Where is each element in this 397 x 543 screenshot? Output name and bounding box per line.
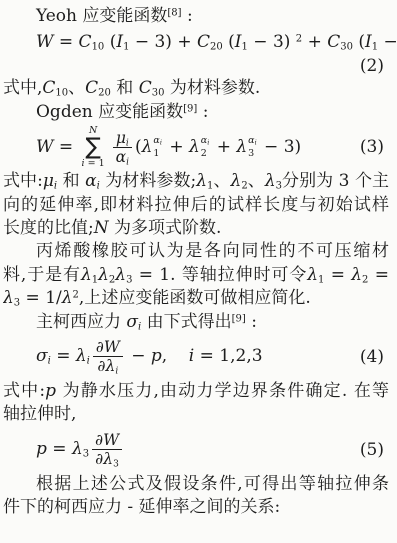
equation-number: (5)	[360, 440, 389, 460]
stacked-subscript: 1	[153, 149, 159, 158]
superscript: 2	[296, 34, 302, 45]
subscript: i	[207, 139, 209, 147]
sigma-icon: ∑	[85, 136, 101, 159]
equation-number: (2)	[360, 56, 389, 77]
math-variable: λ	[307, 265, 318, 285]
superscript: [8]	[167, 8, 181, 19]
subscript: i	[126, 157, 129, 167]
equation-formula: W = N∑i = 1μiαi(λαi1 + λαi2 + λαi3 − 3)	[36, 126, 301, 169]
math-variable: W	[36, 137, 53, 157]
math-variable: λ	[351, 265, 362, 285]
fraction-denominator: αi	[113, 148, 132, 165]
subscript: 30	[340, 42, 353, 53]
text-line: Ogden 应变能函数[9] :	[3, 101, 389, 124]
fraction: ∂W∂λ3	[92, 432, 122, 467]
subscript: i	[54, 181, 57, 192]
math-variable: I	[365, 32, 372, 52]
math-variable: λ	[98, 265, 109, 285]
equation-formula: σi = λi∂W∂λi − p, i = 1,2,3	[36, 339, 263, 374]
math-variable: σ	[36, 346, 48, 366]
math-variable: C	[79, 32, 92, 52]
text-line: 主柯西应力 σi 由下式得出[9] :	[3, 311, 389, 334]
math-variable: λ	[115, 265, 126, 285]
math-variable: σ	[126, 312, 138, 332]
text-line: 式中,C10、C20 和 C30 为材料参数.	[3, 77, 389, 100]
text-line: 式中:p 为静水压力,由动力学边界条件确定. 在等	[3, 380, 389, 403]
math-variable: i	[126, 157, 129, 167]
math-variable: i	[189, 346, 194, 366]
fraction-numerator: ∂W	[92, 432, 122, 450]
subscript: i	[138, 321, 141, 332]
subscript: 1	[123, 42, 129, 53]
math-variable: ∂W	[95, 431, 119, 449]
text-line: 料,于是有λ1λ2λ3 = 1. 等轴拉伸时可令λ1 = λ2 = λ,则	[3, 264, 389, 287]
math-variable: i	[115, 367, 118, 377]
subscript: 10	[55, 88, 68, 99]
text-line: 丙烯酸橡胶可认为是各向同性的不可压缩材	[3, 240, 389, 263]
stacked-scripts: αi1	[153, 136, 162, 158]
subscript: 2	[362, 274, 368, 285]
subscript: 30	[152, 88, 165, 99]
math-variable: p	[151, 346, 162, 366]
subscript: 1	[318, 274, 324, 285]
subscript: i	[115, 367, 118, 377]
fraction-denominator: ∂λi	[94, 357, 121, 374]
text-line: 轴拉伸时,	[3, 403, 389, 426]
math-variable: C	[42, 78, 55, 98]
subscript: 2	[241, 181, 247, 192]
math-variable: μ	[43, 171, 54, 191]
math-variable: I	[235, 32, 242, 52]
math-variable: i	[207, 139, 209, 147]
subscript: i	[126, 138, 129, 148]
subscript: 1	[207, 181, 213, 192]
math-variable: i	[138, 321, 141, 332]
text-line: Yeoh 应变能函数[8] :	[3, 5, 389, 28]
fraction-numerator: μi	[113, 130, 132, 148]
stacked-scripts: αi3	[248, 136, 257, 158]
math-variable: μ	[116, 129, 126, 147]
equation-row: σi = λi∂W∂λi − p, i = 1,2,3(4)	[3, 335, 389, 379]
text-line: 向的延伸率,即材料拉伸后的试样长度与初始试样	[3, 194, 389, 217]
equation-formula: W = C10 (I1 − 3) + C20 (I1 − 3) 2 + C30 …	[36, 29, 389, 56]
math-variable: C	[327, 32, 340, 52]
math-variable: i	[255, 139, 257, 147]
math-variable: i	[97, 181, 100, 192]
summation: N∑i = 1	[82, 126, 105, 169]
superscript: [9]	[232, 313, 246, 324]
math-variable: λ	[3, 288, 14, 308]
math-variable: λ	[236, 137, 247, 157]
math-variable: λ	[76, 346, 87, 366]
math-variable: λ	[142, 137, 153, 157]
equation-row: W = C10 (I1 − 3) + C20 (I1 − 3) 2 + C30 …	[3, 29, 389, 77]
math-variable: λ	[189, 137, 200, 157]
subscript: 1	[242, 42, 248, 53]
equation-row: p = λ3∂W∂λ3(5)	[3, 428, 389, 472]
math-variable: p	[45, 381, 56, 401]
subscript: i	[160, 139, 162, 147]
subscript: 3	[126, 274, 132, 285]
math-variable: α	[116, 148, 126, 166]
subscript: 1	[372, 42, 378, 53]
equation-number: (4)	[360, 347, 389, 367]
subscript: 10	[92, 42, 105, 53]
subscript: 3	[276, 181, 282, 192]
text-line: 长度的比值;N 为多项式阶数.	[3, 217, 389, 240]
math-variable: C	[85, 78, 98, 98]
math-variable: λ	[72, 439, 83, 459]
subscript: 3	[113, 459, 119, 469]
stacked-subscript: 3	[248, 149, 254, 158]
subscript: 20	[210, 42, 223, 53]
fraction: μiαi	[113, 130, 132, 165]
math-variable: i	[126, 138, 129, 148]
subscript: 3	[83, 449, 89, 460]
text-line: 根据上述公式及假设条件,可得出等轴拉伸条	[3, 473, 389, 496]
text-line: 式中:μi 和 αi 为材料参数;λ1、λ2、λ3分别为 3 个主方	[3, 170, 389, 193]
stacked-superscript: αi	[248, 136, 257, 145]
math-variable: i	[54, 181, 57, 192]
subscript: i	[87, 356, 90, 367]
math-variable: α	[85, 171, 96, 191]
text-line: λ3 = 1/λ2,上述应变能函数可做相应简化.	[3, 287, 389, 310]
math-variable: λ	[231, 171, 242, 191]
superscript: [9]	[183, 103, 197, 114]
math-variable: i	[48, 356, 51, 367]
text-line: 件下的柯西应力 - 延伸率之间的关系:	[3, 496, 389, 519]
subscript: i	[255, 139, 257, 147]
math-variable: λ	[62, 288, 73, 308]
stacked-superscript: αi	[153, 136, 162, 145]
equation-row: W = N∑i = 1μiαi(λαi1 + λαi2 + λαi3 − 3)(…	[3, 125, 389, 169]
math-variable: ∂W	[96, 338, 120, 356]
math-variable: λ	[196, 171, 207, 191]
fraction-numerator: ∂W	[93, 339, 123, 357]
math-variable: λ	[265, 171, 276, 191]
math-variable: ∂λ	[97, 357, 115, 375]
math-variable: ∂λ	[95, 450, 113, 468]
math-variable: i	[82, 158, 85, 169]
math-variable: λ	[81, 265, 92, 285]
fraction: ∂W∂λi	[93, 339, 123, 374]
equation-formula: p = λ3∂W∂λ3	[36, 432, 125, 467]
stacked-subscript: 2	[201, 149, 207, 158]
subscript: 3	[14, 298, 20, 309]
math-variable: i	[87, 356, 90, 367]
fraction-denominator: ∂λ3	[92, 450, 122, 467]
math-variable: N	[94, 218, 109, 238]
summation-lower-limit: i = 1	[82, 159, 105, 169]
stacked-scripts: αi2	[201, 136, 210, 158]
math-variable: C	[197, 32, 210, 52]
document-body: Yeoh 应变能函数[8] :W = C10 (I1 − 3) + C20 (I…	[0, 0, 397, 519]
math-variable: C	[139, 78, 152, 98]
subscript: i	[48, 356, 51, 367]
superscript: 2	[73, 290, 79, 301]
subscript: 20	[98, 88, 111, 99]
subscript: i	[97, 181, 100, 192]
equation-number: (3)	[360, 137, 389, 157]
math-variable: W	[36, 32, 53, 52]
math-variable: p	[36, 439, 47, 459]
math-variable: i	[160, 139, 162, 147]
stacked-superscript: αi	[201, 136, 210, 145]
